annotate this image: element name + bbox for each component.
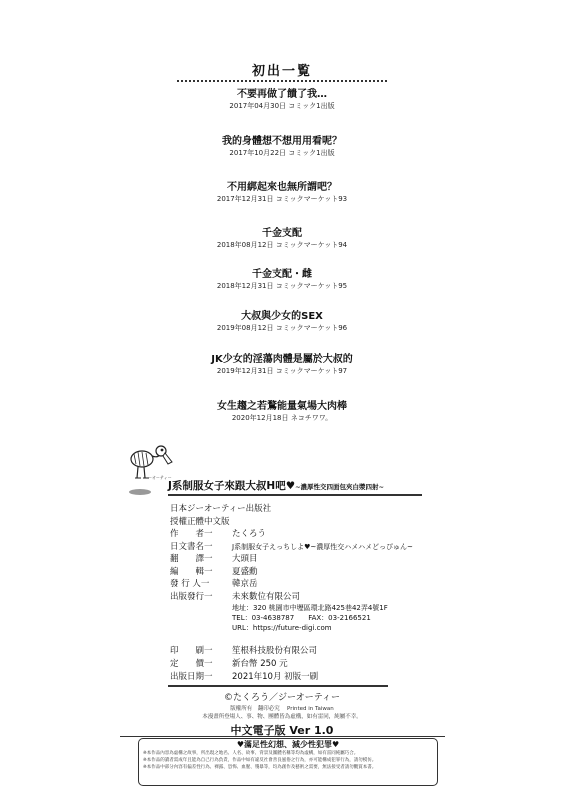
row-value: 夏盛勳: [232, 566, 258, 579]
publication-title: 不用綁起來也無所謂吧？: [0, 181, 564, 194]
row-value: J系制服女子えっちしよ♥~濃厚性交ハメハメどっぴゅん~: [232, 541, 413, 554]
publication-meta: 2018年08月12日 コミックマーケット94: [0, 240, 564, 250]
publication-title: 大叔與少女的SEX: [0, 310, 564, 323]
row-value: 笙根科技股份有限公司: [232, 645, 317, 658]
colophon-row-editor: 編 輯一 夏盛勳: [170, 566, 413, 579]
row-label: 印 刷一: [170, 645, 232, 658]
notice-title: ♥滿足性幻想、減少性犯罪♥: [139, 739, 437, 750]
row-label: 作 者一: [170, 528, 232, 541]
print-info: 印 刷一 笙根科技股份有限公司 定 價一 新台幣 250 元 出版日期一 202…: [170, 645, 318, 684]
publication-title: 千金支配・雌: [0, 268, 564, 281]
fiction-note: 本漫畫所登場人、事、物、團體皆為虛構，如有雷同，純屬不幸。: [0, 713, 564, 721]
publication-meta: 2017年04月30日 コミック1出版: [0, 101, 564, 111]
list-item: 大叔與少女的SEX 2019年08月12日 コミックマーケット96: [0, 310, 564, 333]
publication-title: 不要再做了饋了我…: [0, 88, 564, 101]
colophon-row-publisher-person: 發 行 人一 韓京岳: [170, 578, 413, 591]
row-value: 未來數位有限公司: [232, 591, 300, 604]
colophon-row-date: 出版日期一 2021年10月 初版一刷: [170, 671, 318, 684]
title-divider: [168, 494, 422, 496]
website-url: URL：https://future-digi.com: [170, 623, 413, 633]
row-value: 大頭目: [232, 553, 258, 566]
book-title: J系制服女子來跟大叔H吧♥~濃厚性交四面包夾白漿四射~: [168, 478, 428, 493]
dotted-divider: [177, 80, 387, 82]
page-title: 初出一覧: [0, 60, 564, 79]
colophon-row-price: 定 價一 新台幣 250 元: [170, 658, 318, 671]
row-label: 編 輯一: [170, 566, 232, 579]
colophon-divider: [168, 685, 388, 687]
row-value: 新台幣 250 元: [232, 658, 288, 671]
footer-divider: [120, 736, 445, 737]
list-item: 不用綁起來也無所謂吧？ 2017年12月31日 コミックマーケット93: [0, 181, 564, 204]
list-item: 千金支配・雌 2018年12月31日 コミックマーケット95: [0, 268, 564, 291]
book-main-title: J系制服女子來跟大叔H吧♥: [168, 480, 295, 492]
row-label: 出版發行一: [170, 591, 232, 604]
notice-line: ※本作品內容為虛構之故事，所出現之地名、人名、故事、背景及團體名稱等均為虛構，如…: [139, 750, 437, 757]
publication-meta: 2020年12月18日 ネコチワワ。: [0, 413, 564, 423]
colophon-row-author: 作 者一 たくろう: [170, 528, 413, 541]
list-item: 千金支配 2018年08月12日 コミックマーケット94: [0, 227, 564, 250]
row-value: 2021年10月 初版一刷: [232, 671, 318, 684]
colophon-row-translator: 翻 譯一 大頭目: [170, 553, 413, 566]
publication-meta: 2018年12月31日 コミックマーケット95: [0, 281, 564, 291]
colophon-row-jp-title: 日文書名一 J系制服女子えっちしよ♥~濃厚性交ハメハメどっぴゅん~: [170, 541, 413, 554]
notice-box: ♥滿足性幻想、減少性犯罪♥ ※本作品內容為虛構之故事，所出現之地名、人名、故事、…: [138, 738, 438, 786]
publisher-jp: 日本ジーオーティー出版社: [170, 503, 413, 516]
notice-line: ※本作品中部分內容有偏差性行為、裸露、恐怖、血腥、殘暴等，均為創作及藝術之需要，…: [139, 764, 437, 771]
tel-fax: TEL：03-4638787 FAX：03-2166521: [170, 613, 413, 623]
license-note: 授權正體中文版: [170, 516, 413, 529]
row-label: 定 價一: [170, 658, 232, 671]
book-subtitle: ~濃厚性交四面包夾白漿四射~: [295, 483, 384, 491]
colophon-row-distributor: 出版發行一 未來數位有限公司: [170, 591, 413, 604]
publication-meta: 2019年08月12日 コミックマーケット96: [0, 323, 564, 333]
publication-meta: 2017年10月22日 コミック1出版: [0, 148, 564, 158]
row-value: 韓京岳: [232, 578, 258, 591]
colophon: 日本ジーオーティー出版社 授權正體中文版 作 者一 たくろう 日文書名一 J系制…: [170, 503, 413, 633]
publication-meta: 2019年12月31日 コミックマーケット97: [0, 366, 564, 376]
list-item: 不要再做了饋了我… 2017年04月30日 コミック1出版: [0, 88, 564, 111]
publication-title: JK少女的淫蕩肉體是屬於大叔的: [0, 353, 564, 366]
row-label: 日文書名一: [170, 541, 232, 554]
colophon-row-printer: 印 刷一 笙根科技股份有限公司: [170, 645, 318, 658]
publication-title: 我的身體想不想用用看呢？: [0, 135, 564, 148]
row-label: 翻 譯一: [170, 553, 232, 566]
copyright: ©たくろう／ジーオーティー: [0, 690, 564, 703]
notice-line: ※本作品的讀者需成年且能為自己行為負責，作品中如有違反社會善良風俗之行為，亦可能…: [139, 757, 437, 764]
publication-title: 千金支配: [0, 227, 564, 240]
row-value: たくろう: [232, 528, 266, 541]
list-item: 我的身體想不想用用看呢？ 2017年10月22日 コミック1出版: [0, 135, 564, 158]
row-label: 發 行 人一: [170, 578, 232, 591]
list-item: JK少女的淫蕩肉體是屬於大叔的 2019年12月31日 コミックマーケット97: [0, 353, 564, 376]
list-item: 女生趨之若鶩能量氣場大肉棒 2020年12月18日 ネコチワワ。: [0, 400, 564, 423]
publication-meta: 2017年12月31日 コミックマーケット93: [0, 194, 564, 204]
row-label: 出版日期一: [170, 671, 232, 684]
rights-notice: 版權所有 翻印必究 Printed in Taiwan 本漫畫所登場人、事、物、…: [0, 705, 564, 721]
address: 地址：320 桃園市中壢區環北路425巷42弄4號1F: [170, 603, 413, 613]
rights-line: 版權所有 翻印必究 Printed in Taiwan: [0, 705, 564, 713]
publication-title: 女生趨之若鶩能量氣場大肉棒: [0, 400, 564, 413]
